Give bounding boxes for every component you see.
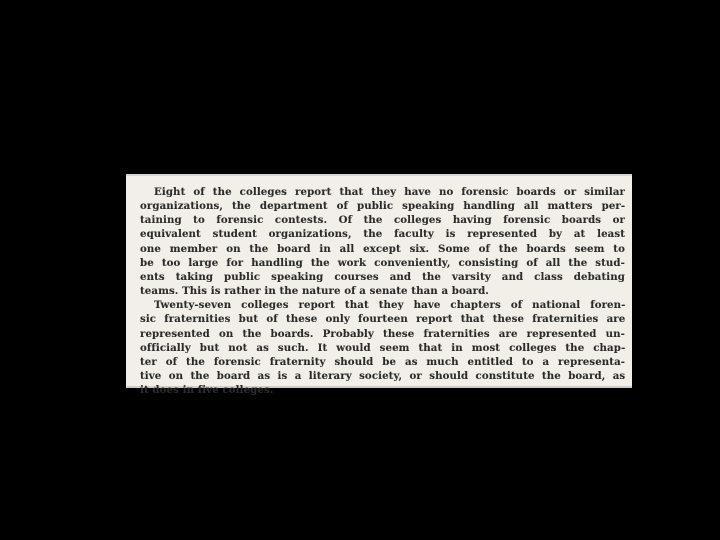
paragraph-no-forensic-boards: Eight of the colleges report that they h…: [140, 185, 625, 298]
text-line: ter of the forensic fraternity should be…: [140, 355, 625, 369]
text-line: be too large for handling the work conve…: [140, 256, 625, 270]
document-excerpt: Eight of the colleges report that they h…: [126, 174, 632, 388]
text-line: one member on the board in all except si…: [140, 242, 625, 256]
text-line: represented on the boards. Probably thes…: [140, 327, 625, 341]
text-line: ents taking public speaking courses and …: [140, 270, 625, 284]
paragraph-national-fraternities: Twenty-seven colleges report that they h…: [140, 298, 625, 397]
text-line: tive on the board as is a literary socie…: [140, 369, 625, 383]
text-line: Eight of the colleges report that they h…: [140, 185, 625, 199]
text-line: it does in five colleges.: [140, 383, 625, 397]
text-line: sic fraternities but of these only fourt…: [140, 312, 625, 326]
text-line: officially but not as such. It would see…: [140, 341, 625, 355]
text-line: teams. This is rather in the nature of a…: [140, 284, 625, 298]
text-line: Twenty-seven colleges report that they h…: [140, 298, 625, 312]
text-line: organizations, the department of public …: [140, 199, 625, 213]
text-line: taining to forensic contests. Of the col…: [140, 213, 625, 227]
text-line: equivalent student organizations, the fa…: [140, 227, 625, 241]
